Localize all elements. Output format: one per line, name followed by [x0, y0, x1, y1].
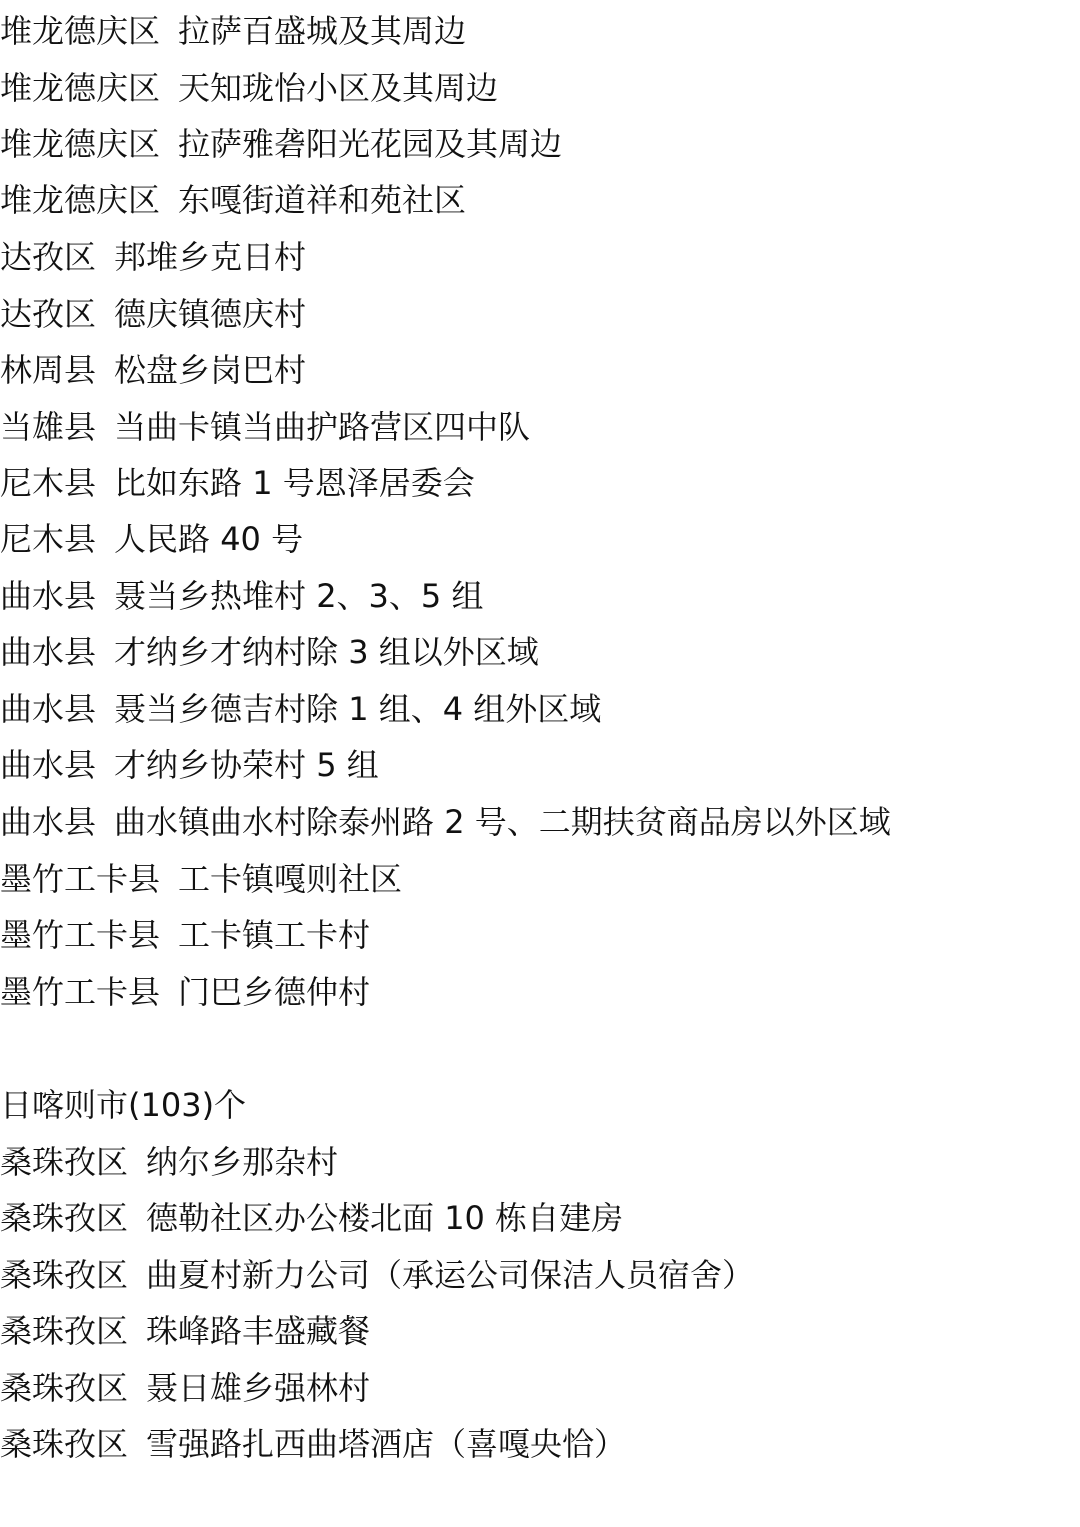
- list-item: 曲水县曲水镇曲水村除泰州路 2 号、二期扶贫商品房以外区域: [0, 794, 891, 850]
- list-item: 尼木县人民路 40 号: [0, 511, 303, 567]
- district-name: 堆龙德庆区: [0, 69, 160, 107]
- place-name: 东嘎街道祥和苑社区: [178, 181, 466, 219]
- place-name: 邦堆乡克日村: [114, 238, 306, 276]
- district-name: 墨竹工卡县: [0, 916, 160, 954]
- district-name: 尼木县: [0, 464, 96, 502]
- place-name: 才纳乡才纳村除 3 组以外区域: [114, 633, 539, 671]
- district-name: 桑珠孜区: [0, 1369, 128, 1407]
- list-item: 达孜区德庆镇德庆村: [0, 286, 306, 342]
- list-item: 桑珠孜区纳尔乡那杂村: [0, 1134, 338, 1190]
- district-name: 桑珠孜区: [0, 1256, 128, 1294]
- district-name: 桑珠孜区: [0, 1143, 128, 1181]
- place-name: 门巴乡德仲村: [178, 973, 370, 1011]
- place-name: 松盘乡岗巴村: [114, 351, 306, 389]
- list-item: 达孜区邦堆乡克日村: [0, 229, 306, 285]
- district-name: 曲水县: [0, 577, 96, 615]
- district-name: 当雄县: [0, 408, 96, 446]
- district-name: 桑珠孜区: [0, 1425, 128, 1463]
- list-item: 堆龙德庆区东嘎街道祥和苑社区: [0, 172, 466, 228]
- list-item: 桑珠孜区曲夏村新力公司（承运公司保洁人员宿舍）: [0, 1247, 754, 1303]
- place-name: 工卡镇工卡村: [178, 916, 370, 954]
- place-name: 曲水镇曲水村除泰州路 2 号、二期扶贫商品房以外区域: [114, 803, 891, 841]
- list-item: 尼木县比如东路 1 号恩泽居委会: [0, 455, 475, 511]
- place-name: 人民路 40 号: [114, 520, 303, 558]
- place-name: 拉萨雅砻阳光花园及其周边: [178, 125, 562, 163]
- list-item: 堆龙德庆区拉萨百盛城及其周边: [0, 3, 466, 59]
- list-item: 桑珠孜区聂日雄乡强林村: [0, 1360, 370, 1416]
- place-name: 聂当乡德吉村除 1 组、4 组外区域: [114, 690, 601, 728]
- place-name: 曲夏村新力公司（承运公司保洁人员宿舍）: [146, 1256, 754, 1294]
- list-item: 桑珠孜区雪强路扎西曲塔酒店（喜嘎央恰）: [0, 1416, 626, 1472]
- district-name: 林周县: [0, 351, 96, 389]
- list-item: 林周县松盘乡岗巴村: [0, 342, 306, 398]
- place-name: 珠峰路丰盛藏餐: [146, 1312, 370, 1350]
- list-item: 当雄县当曲卡镇当曲护路营区四中队: [0, 399, 530, 455]
- list-item: 堆龙德庆区天知珑怡小区及其周边: [0, 60, 498, 116]
- list-item: 墨竹工卡县工卡镇工卡村: [0, 907, 370, 963]
- place-name: 纳尔乡那杂村: [146, 1143, 338, 1181]
- district-name: 曲水县: [0, 803, 96, 841]
- district-name: 尼木县: [0, 520, 96, 558]
- place-name: 雪强路扎西曲塔酒店（喜嘎央恰）: [146, 1425, 626, 1463]
- place-name: 拉萨百盛城及其周边: [178, 12, 466, 50]
- district-name: 堆龙德庆区: [0, 125, 160, 163]
- district-name: 墨竹工卡县: [0, 860, 160, 898]
- place-name: 德勒社区办公楼北面 10 栋自建房: [146, 1199, 623, 1237]
- section-heading: 日喀则市(103)个: [0, 1077, 246, 1133]
- list-item: 曲水县才纳乡协荣村 5 组: [0, 737, 379, 793]
- list-item: 曲水县才纳乡才纳村除 3 组以外区域: [0, 624, 539, 680]
- place-name: 才纳乡协荣村 5 组: [114, 746, 379, 784]
- place-name: 比如东路 1 号恩泽居委会: [114, 464, 475, 502]
- place-name: 工卡镇嘎则社区: [178, 860, 402, 898]
- district-name: 达孜区: [0, 295, 96, 333]
- district-name: 曲水县: [0, 690, 96, 728]
- district-name: 曲水县: [0, 746, 96, 784]
- list-item: 墨竹工卡县工卡镇嘎则社区: [0, 851, 402, 907]
- district-name: 桑珠孜区: [0, 1312, 128, 1350]
- place-name: 德庆镇德庆村: [114, 295, 306, 333]
- place-name: 聂当乡热堆村 2、3、5 组: [114, 577, 483, 615]
- list-item: 曲水县聂当乡热堆村 2、3、5 组: [0, 568, 483, 624]
- district-name: 堆龙德庆区: [0, 12, 160, 50]
- list-item: 墨竹工卡县门巴乡德仲村: [0, 964, 370, 1020]
- district-name: 达孜区: [0, 238, 96, 276]
- district-name: 桑珠孜区: [0, 1199, 128, 1237]
- list-item: 桑珠孜区德勒社区办公楼北面 10 栋自建房: [0, 1190, 623, 1246]
- place-name: 聂日雄乡强林村: [146, 1369, 370, 1407]
- list-item: 曲水县聂当乡德吉村除 1 组、4 组外区域: [0, 681, 601, 737]
- district-name: 墨竹工卡县: [0, 973, 160, 1011]
- list-item: 堆龙德庆区拉萨雅砻阳光花园及其周边: [0, 116, 562, 172]
- list-item: 桑珠孜区珠峰路丰盛藏餐: [0, 1303, 370, 1359]
- place-name: 天知珑怡小区及其周边: [178, 69, 498, 107]
- place-name: 当曲卡镇当曲护路营区四中队: [114, 408, 530, 446]
- district-name: 堆龙德庆区: [0, 181, 160, 219]
- district-name: 曲水县: [0, 633, 96, 671]
